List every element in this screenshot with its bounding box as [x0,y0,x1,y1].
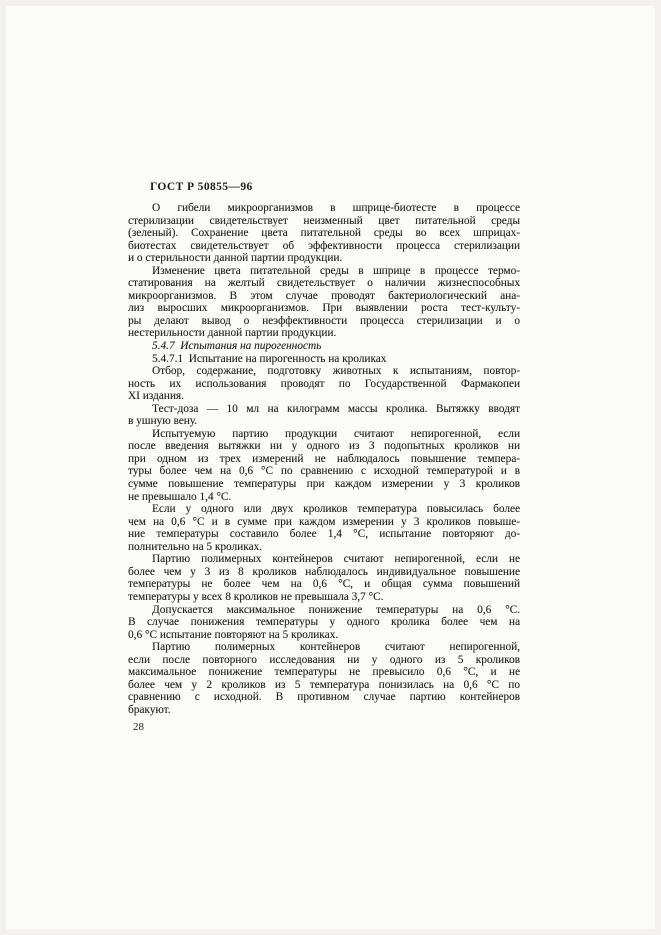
text-line: в ушную вену. [128,415,520,428]
text-line: Отбор, содержание, подготовку животных к… [128,365,520,378]
text-line: Испытуемую партию продукции считают непи… [128,428,520,441]
text-line: после введения вытяжки ни у одного из 3 … [128,440,520,453]
section-heading: 5.4.7.1 Испытание на пирогенность на кро… [128,353,520,366]
text-line: микроорганизмов. В этом случае проводят … [128,290,520,303]
paragraph: Партию полимерных контейнеров считают не… [128,641,520,716]
text-line: ние температуры составило более 1,4 °С, … [128,528,520,541]
text-line: не превышало 1,4 °С. [128,491,520,504]
paragraph: О гибели микроорганизмов в шприце-биотес… [128,202,520,265]
text-line: стерилизации свидетельствует неизменный … [128,215,520,228]
text-line: В случае понижения температуры у одного … [128,616,520,629]
page-number: 28 [133,721,144,733]
text-line: туры более чем на 0,6 °С по сравнению с … [128,465,520,478]
text-line: биотестах свидетельствует об эффективнос… [128,240,520,253]
text-line: 0,6 °С испытание повторяют на 5 кроликах… [128,629,520,642]
text-line: лиз выросших микроорганизмов. При выявле… [128,302,520,315]
paragraph: Изменение цвета питательной среды в шпри… [128,265,520,340]
text-line: сравнению с исходной. В противном случае… [128,691,520,704]
text-line: бракуют. [128,704,520,717]
paragraph: Если у одного или двух кроликов температ… [128,503,520,553]
text-line: более чем у 3 из 8 кроликов наблюдалось … [128,566,520,579]
text-line: Допускается максимальное понижение темпе… [128,604,520,617]
text-line: XI издания. [128,390,520,403]
text-line: Тест-доза — 10 мл на килограмм массы кро… [128,403,520,416]
text-line: температуры у всех 8 кроликов не превыша… [128,591,520,604]
text-line: Если у одного или двух кроликов температ… [128,503,520,516]
paragraph: Тест-доза — 10 мл на килограмм массы кро… [128,403,520,428]
text-line: при одном из трех измерений не наблюдало… [128,453,520,466]
running-header: ГОСТ Р 50855—96 [150,181,253,193]
text-line: Изменение цвета питательной среды в шпри… [128,265,520,278]
text-line: температуры не более чем на 0,6 °С, и об… [128,578,520,591]
text-line: более чем у 2 кроликов из 5 температура … [128,679,520,692]
text-line: ры делают вывод о неэффективности процес… [128,315,520,328]
paragraph: Партию полимерных контейнеров считают не… [128,553,520,603]
text-line: (зеленый). Сохранение цвета питательной … [128,227,520,240]
text-line: нестерильности данной партии продукции. [128,327,520,340]
paragraph: Испытуемую партию продукции считают непи… [128,428,520,503]
text-line: ность их использования проводят по Госуд… [128,378,520,391]
text-line: чем на 0,6 °С и в сумме при каждом измер… [128,516,520,529]
text-line: и о стерильности данной партии продукции… [128,252,520,265]
text-line: полнительно на 5 кроликах. [128,541,520,554]
paragraph: Отбор, содержание, подготовку животных к… [128,365,520,403]
scanned-document: ГОСТ Р 50855—96 О гибели микроорганизмов… [0,0,661,935]
text-line: Партию полимерных контейнеров считают не… [128,553,520,566]
text-line: 5.4.7 Испытания на пирогенность [128,340,520,353]
text-line: максимальное понижение температуры не пр… [128,666,520,679]
document-body: О гибели микроорганизмов в шприце-биотес… [128,202,520,716]
document-page: ГОСТ Р 50855—96 О гибели микроорганизмов… [6,6,655,929]
text-line: сумме повышение температуры при каждом и… [128,478,520,491]
text-line: Партию полимерных контейнеров считают не… [128,641,520,654]
text-line: 5.4.7.1 Испытание на пирогенность на кро… [128,353,520,366]
text-line: статирования на желтый свидетельствует о… [128,277,520,290]
text-line: если после повторного исследования ни у … [128,654,520,667]
section-heading: 5.4.7 Испытания на пирогенность [128,340,520,353]
text-line: О гибели микроорганизмов в шприце-биотес… [128,202,520,215]
paragraph: Допускается максимальное понижение темпе… [128,604,520,642]
